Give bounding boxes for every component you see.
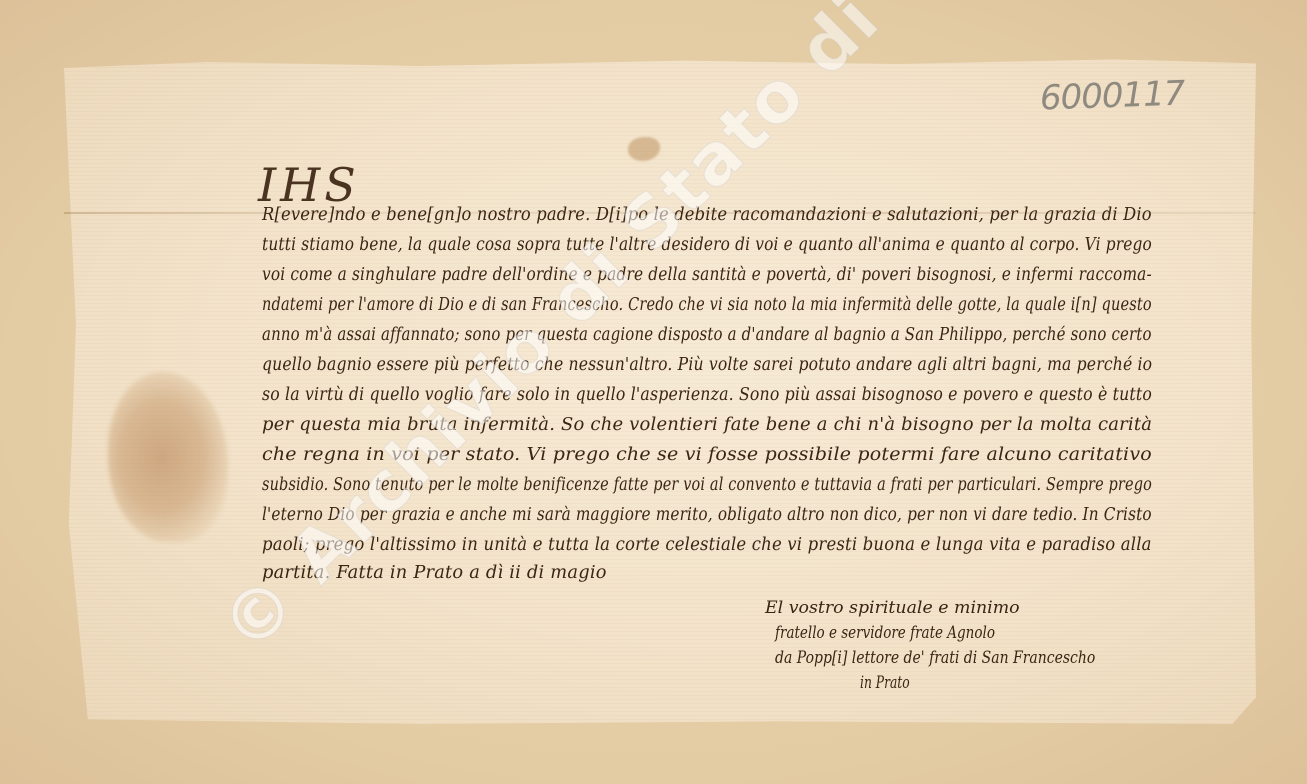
letter-line-10: subsidio. Sono tenuto per le molte benif… xyxy=(262,475,1152,495)
letter-line-2: tutti stiamo bene, la quale cosa sopra t… xyxy=(262,235,1152,255)
letter-line-11: l'eterno Dio per grazia e anche mi sarà … xyxy=(262,505,1152,525)
shelfmark-number: 6000117 xyxy=(1039,73,1185,118)
letter-line-3: voi come a singhulare padre dell'ordine … xyxy=(262,265,1152,285)
letter-line-5: anno m'à assai affannato; sono per quest… xyxy=(262,325,1152,345)
signature-line-1: El vostro spirituale e minimo xyxy=(765,598,1020,618)
signature-line-2: fratello e servidore frate Agnolo xyxy=(775,623,995,643)
letter-line-1: R[evere]ndo e bene[gn]o nostro padre. D[… xyxy=(262,205,1152,225)
letter-line-9: che regna in voi per stato. Vi prego che… xyxy=(262,445,1152,465)
letter-line-7: so la virtù di quello voglio fare solo i… xyxy=(262,385,1152,405)
letter-line-12: paoli; prego l'altissimo in unità e tutt… xyxy=(262,535,1152,555)
letter-line-4: ndatemi per l'amore di Dio e di san Fran… xyxy=(262,295,1152,315)
letter-line-6: quello bagnio essere più perfetto che ne… xyxy=(262,355,1152,375)
letter-line-8: per questa mia bruta infermità. So che v… xyxy=(262,415,1152,435)
letter-line-13-date: partita. Fatta in Prato a dì ii di magio xyxy=(262,563,607,583)
invocation-monogram: IHS xyxy=(258,158,360,212)
signature-line-4: in Prato xyxy=(860,673,910,693)
signature-line-3: da Popp[i] lettore de' frati di San Fran… xyxy=(775,648,1095,668)
